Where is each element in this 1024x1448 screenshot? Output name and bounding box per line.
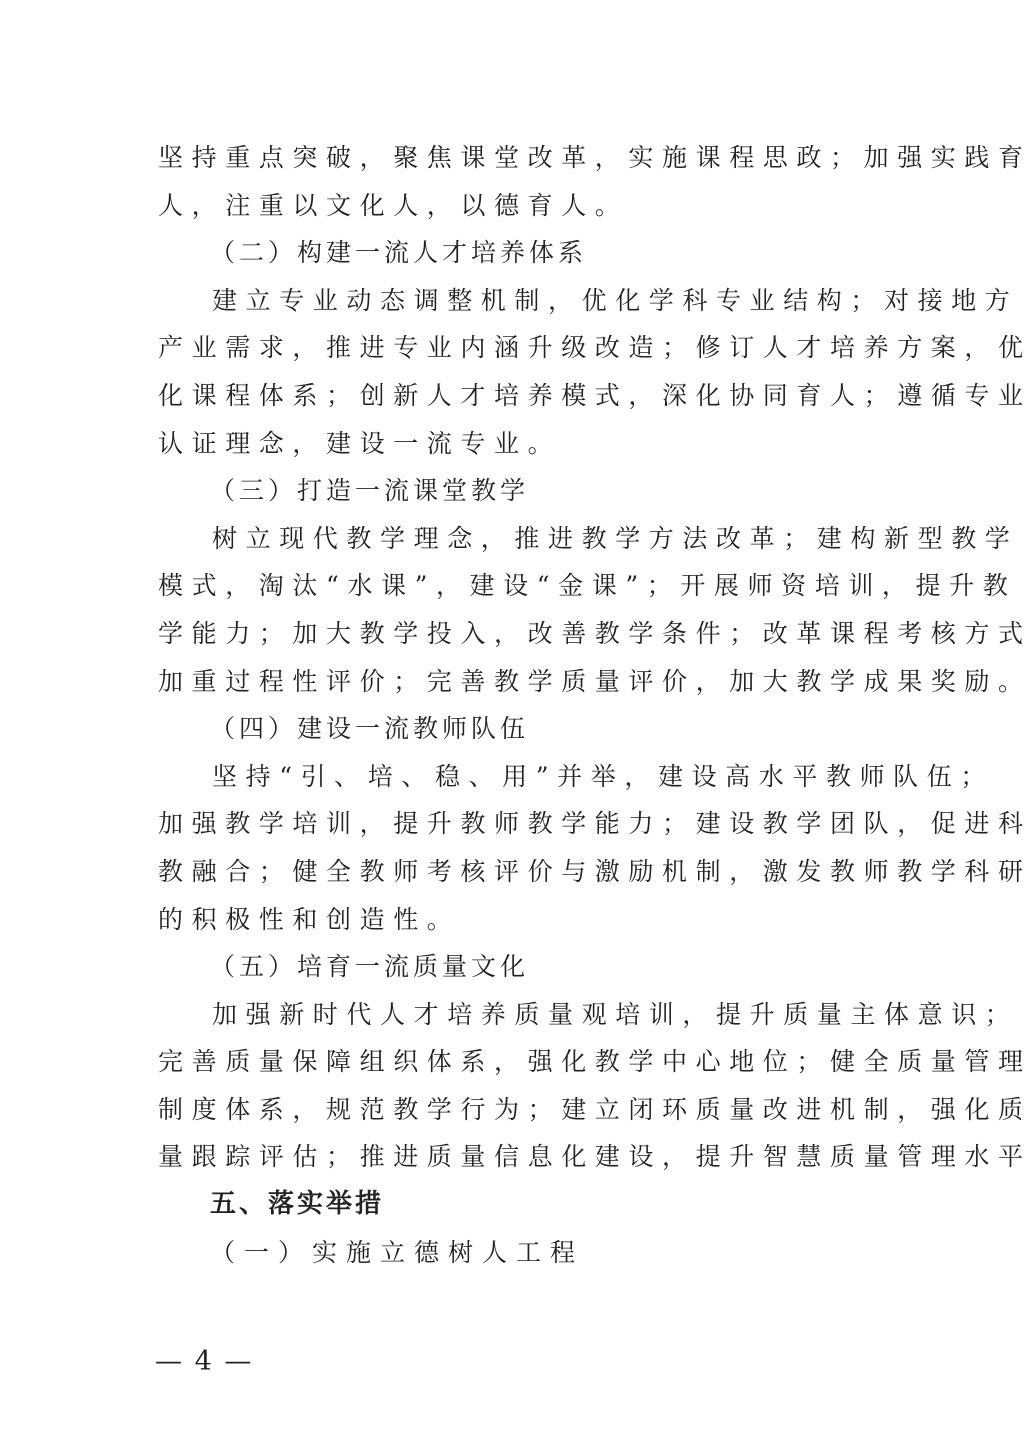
- text-line: 的积极性和创造性。: [158, 896, 870, 944]
- text-line: 坚持“引、培、稳、用”并举，建设高水平教师队伍；: [158, 753, 870, 801]
- text-line: 树立现代教学理念，推进教学方法改革；建构新型教学: [158, 515, 870, 563]
- subheading-talent-system: （二）构建一流人才培养体系: [158, 229, 870, 277]
- paragraph-classroom-teaching: 树立现代教学理念，推进教学方法改革；建构新型教学 模式，淘汰“水课”，建设“金课…: [158, 515, 870, 705]
- text-line: 模式，淘汰“水课”，建设“金课”；开展师资培训，提升教: [158, 562, 870, 610]
- page-number: — 4 —: [155, 1345, 253, 1379]
- text-line: 完善质量保障组织体系，强化教学中心地位；健全质量管理: [158, 1038, 870, 1086]
- text-line: 量跟踪评估；推进质量信息化建设，提升智慧质量管理水平。: [158, 1133, 870, 1181]
- section-heading-implementation: 五、落实举措: [158, 1181, 870, 1229]
- text-line: 建立专业动态调整机制，优化学科专业结构；对接地方: [158, 277, 870, 325]
- subheading-moral-education: （一）实施立德树人工程: [158, 1229, 870, 1277]
- text-line: 认证理念，建设一流专业。: [158, 420, 870, 468]
- subheading-classroom-teaching: （三）打造一流课堂教学: [158, 467, 870, 515]
- document-page: 坚持重点突破，聚焦课堂改革，实施课程思政；加强实践育 人，注重以文化人，以德育人…: [158, 134, 870, 1276]
- paragraph-talent-system: 建立专业动态调整机制，优化学科专业结构；对接地方 产业需求，推进专业内涵升级改造…: [158, 277, 870, 467]
- text-line: 制度体系，规范教学行为；建立闭环质量改进机制，强化质: [158, 1086, 870, 1134]
- text-line: 学能力；加大教学投入，改善教学条件；改革课程考核方式，: [158, 610, 870, 658]
- text-line: 产业需求，推进专业内涵升级改造；修订人才培养方案，优: [158, 324, 870, 372]
- paragraph-course-reform: 坚持重点突破，聚焦课堂改革，实施课程思政；加强实践育 人，注重以文化人，以德育人…: [158, 134, 870, 229]
- paragraph-quality-culture: 加强新时代人才培养质量观培训，提升质量主体意识； 完善质量保障组织体系，强化教学…: [158, 991, 870, 1181]
- text-line: 坚持重点突破，聚焦课堂改革，实施课程思政；加强实践育: [158, 134, 870, 182]
- paragraph-teacher-team: 坚持“引、培、稳、用”并举，建设高水平教师队伍； 加强教学培训，提升教师教学能力…: [158, 753, 870, 943]
- text-line: 加重过程性评价；完善教学质量评价，加大教学成果奖励。: [158, 658, 870, 706]
- subheading-quality-culture: （五）培育一流质量文化: [158, 943, 870, 991]
- text-line: 加强新时代人才培养质量观培训，提升质量主体意识；: [158, 991, 870, 1039]
- text-line: 教融合；健全教师考核评价与激励机制，激发教师教学科研: [158, 848, 870, 896]
- text-line: 人，注重以文化人，以德育人。: [158, 182, 870, 230]
- subheading-teacher-team: （四）建设一流教师队伍: [158, 705, 870, 753]
- text-line: 化课程体系；创新人才培养模式，深化协同育人；遵循专业: [158, 372, 870, 420]
- text-line: 加强教学培训，提升教师教学能力；建设教学团队，促进科: [158, 800, 870, 848]
